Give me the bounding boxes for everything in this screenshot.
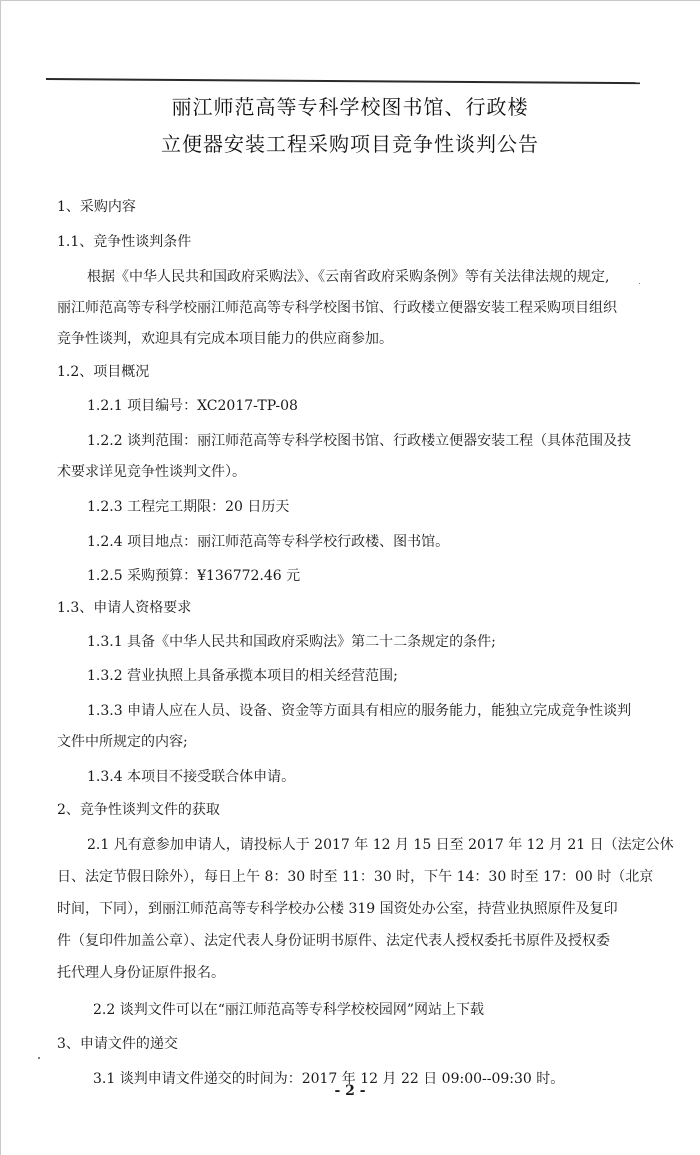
scan-speck [38,1057,40,1059]
download-note: 2.2 谈判文件可以在“丽江师范高等专科学校校园网”网站上下载 [93,999,484,1019]
completion-deadline: 1.2.3 工程完工期限：20 日历天 [87,496,289,516]
qualification-1-3-3-line-1: 1.3.3 申请人应在人员、设备、资金等方面具有相应的服务能力，能独立完成竞争性… [87,700,631,720]
section-1-1-paragraph-line-2: 丽江师范高等专科学校丽江师范高等专科学校图书馆、行政楼立便器安装工程采购项目组织 [57,297,617,317]
document-acquisition-line-5: 托代理人身份证原件报名。 [57,962,225,982]
negotiation-scope-line-1: 1.2.2 谈判范围：丽江师范高等专科学校图书馆、行政楼立便器安装工程（具体范围… [87,430,631,450]
project-location: 1.2.4 项目地点：丽江师范高等专科学校行政楼、图书馆。 [87,531,449,551]
qualification-1-3-1: 1.3.1 具备《中华人民共和国政府采购法》第二十二条规定的条件; [87,631,496,651]
negotiation-scope-line-2: 术要求详见竞争性谈判文件）。 [57,461,246,481]
page-number: - 2 - [0,1083,700,1099]
document-title-line-1: 丽江师范高等专科学校图书馆、行政楼 [0,91,700,120]
section-1-1-paragraph-line-3: 竞争性谈判，欢迎具有完成本项目能力的供应商参加。 [57,328,393,348]
qualification-1-3-2: 1.3.2 营业执照上具备承揽本项目的相关经营范围; [87,665,398,685]
section-1-3-heading: 1.3、申请人资格要求 [57,597,191,617]
section-1-2-heading: 1.2、项目概况 [57,361,149,381]
document-title-line-2: 立便器安装工程采购项目竞争性谈判公告 [0,128,700,157]
scan-speck [639,283,640,284]
project-number: 1.2.1 项目编号：XC2017-TP-08 [87,395,298,415]
section-3-heading: 3、申请文件的递交 [57,1033,178,1053]
qualification-1-3-4: 1.3.4 本项目不接受联合体申请。 [87,766,295,786]
document-acquisition-line-2: 日、法定节假日除外），每日上午 8：30 时至 11：30 时，下午 14：30… [57,866,653,886]
procurement-budget: 1.2.5 采购预算：¥136772.46 元 [87,565,300,585]
document-acquisition-line-1: 2.1 凡有意参加申请人，请投标人于 2017 年 12 月 15 日至 201… [87,834,674,854]
document-acquisition-line-4: 件（复印件加盖公章）、法定代表人身份证明书原件、法定代表人授权委托书原件及授权委 [57,930,610,950]
section-1-1-heading: 1.1、竞争性谈判条件 [57,231,191,251]
qualification-1-3-3-line-2: 文件中所规定的内容; [57,731,188,751]
section-2-heading: 2、竞争性谈判文件的获取 [57,799,220,819]
section-1-heading: 1、采购内容 [57,196,136,216]
section-1-1-paragraph-line-1: 根据《中华人民共和国政府采购法》、《云南省政府采购条例》等有关法律法规的规定, [87,266,609,286]
document-acquisition-line-3: 时间，下同），到丽江师范高等专科学校办公楼 319 国资处办公室，持营业执照原件… [57,898,618,918]
